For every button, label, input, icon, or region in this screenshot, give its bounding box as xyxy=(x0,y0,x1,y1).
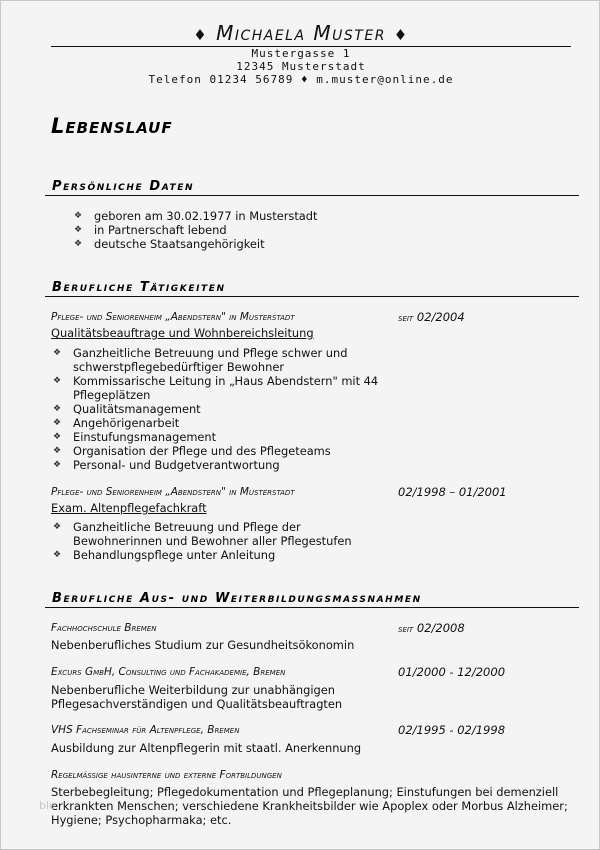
section-education-heading: Berufliche Aus- und Weiterbildungsmassna… xyxy=(45,591,579,608)
address-city: 12345 Musterstadt xyxy=(1,60,600,73)
date-value: 01/2000 - 12/2000 xyxy=(398,665,505,679)
list-item: Personal- und Budgetverantwortung xyxy=(53,458,393,472)
personal-data-list: geboren am 30.02.1977 in Musterstadt in … xyxy=(74,209,494,251)
list-item: Kommissarische Leitung in „Haus Abendste… xyxy=(53,374,393,402)
education-period: 02/1995 - 02/1998 xyxy=(398,723,505,737)
employment-period: seit 02/2004 xyxy=(398,310,465,324)
section-title: Berufliche Aus- und Weiterbildungsmassna… xyxy=(52,591,422,607)
employer-name: Pflege- und Seniorenheim „Abendstern" in… xyxy=(51,311,295,323)
date-value: 02/2008 xyxy=(417,621,465,635)
institution-name: Regelmässige hausinterne und externe For… xyxy=(51,769,282,781)
list-item: in Partnerschaft lebend xyxy=(74,223,494,237)
education-description: Sterbebegleitung; Pflegedokumentation un… xyxy=(51,785,571,827)
list-item: Ganzheitliche Betreuung und Pflege schwe… xyxy=(53,346,393,374)
date-value: 02/2004 xyxy=(417,310,465,324)
institution-name: Excurs GmbH, Consulting und Fachakademie… xyxy=(51,666,285,678)
list-item: geboren am 30.02.1977 in Musterstadt xyxy=(74,209,494,223)
list-item: Angehörigenarbeit xyxy=(53,416,393,430)
list-item: Ganzheitliche Betreuung und Pflege der B… xyxy=(53,520,363,548)
list-item: deutsche Staatsangehörigkeit xyxy=(74,237,494,251)
job-tasks-list: Ganzheitliche Betreuung und Pflege schwe… xyxy=(53,346,393,472)
date-value: 02/1998 – 01/2001 xyxy=(398,485,507,499)
diamond-icon: ♦ xyxy=(193,26,208,44)
document-title: Lebenslauf xyxy=(51,114,173,138)
diamond-icon: ♦ xyxy=(394,26,409,44)
education-description: Nebenberufliche Weiterbildung zur unabhä… xyxy=(51,683,351,711)
employer-name: Pflege- und Seniorenheim „Abendstern" in… xyxy=(51,486,295,498)
employment-period: 02/1998 – 01/2001 xyxy=(398,485,507,499)
institution-name: VHS Fachseminar für Altenpflege, Bremen xyxy=(51,724,239,736)
list-item: Einstufungsmanagement xyxy=(53,430,393,444)
section-title: Persönliche Daten xyxy=(52,179,194,195)
date-prefix: seit xyxy=(398,623,413,635)
job-title: Exam. Altenpflegefachkraft xyxy=(51,501,207,515)
list-item: Organisation der Pflege und des Pflegete… xyxy=(53,444,393,458)
section-title: Berufliche Tätigkeiten xyxy=(52,280,226,296)
list-item: Qualitätsmanagement xyxy=(53,402,393,416)
address-street: Mustergasse 1 xyxy=(1,47,600,60)
name-text: Michaela Muster xyxy=(216,21,386,45)
date-prefix: seit xyxy=(398,312,413,324)
education-description: Ausbildung zur Altenpflegerin mit staatl… xyxy=(51,741,391,755)
section-work-heading: Berufliche Tätigkeiten xyxy=(45,280,579,297)
watermark-text: ble xyxy=(39,799,56,812)
institution-name: Fachhochschule Bremen xyxy=(51,622,156,634)
education-description: Nebenberufliches Studium zur Gesundheits… xyxy=(51,638,381,652)
date-value: 02/1995 - 02/1998 xyxy=(398,723,505,737)
list-item: Behandlungspflege unter Anleitung xyxy=(53,548,363,562)
resume-page: ♦ Michaela Muster ♦ Mustergasse 1 12345 … xyxy=(0,0,600,850)
job-tasks-list: Ganzheitliche Betreuung und Pflege der B… xyxy=(53,520,363,562)
section-personal-heading: Persönliche Daten xyxy=(45,179,579,196)
contact-line: Telefon 01234 56789 ♦ m.muster@online.de xyxy=(1,73,600,86)
job-title: Qualitätsbeauftrage und Wohnbereichsleit… xyxy=(51,326,314,340)
education-period: 01/2000 - 12/2000 xyxy=(398,665,505,679)
applicant-name: ♦ Michaela Muster ♦ xyxy=(1,20,600,48)
education-period: seit 02/2008 xyxy=(398,621,465,635)
